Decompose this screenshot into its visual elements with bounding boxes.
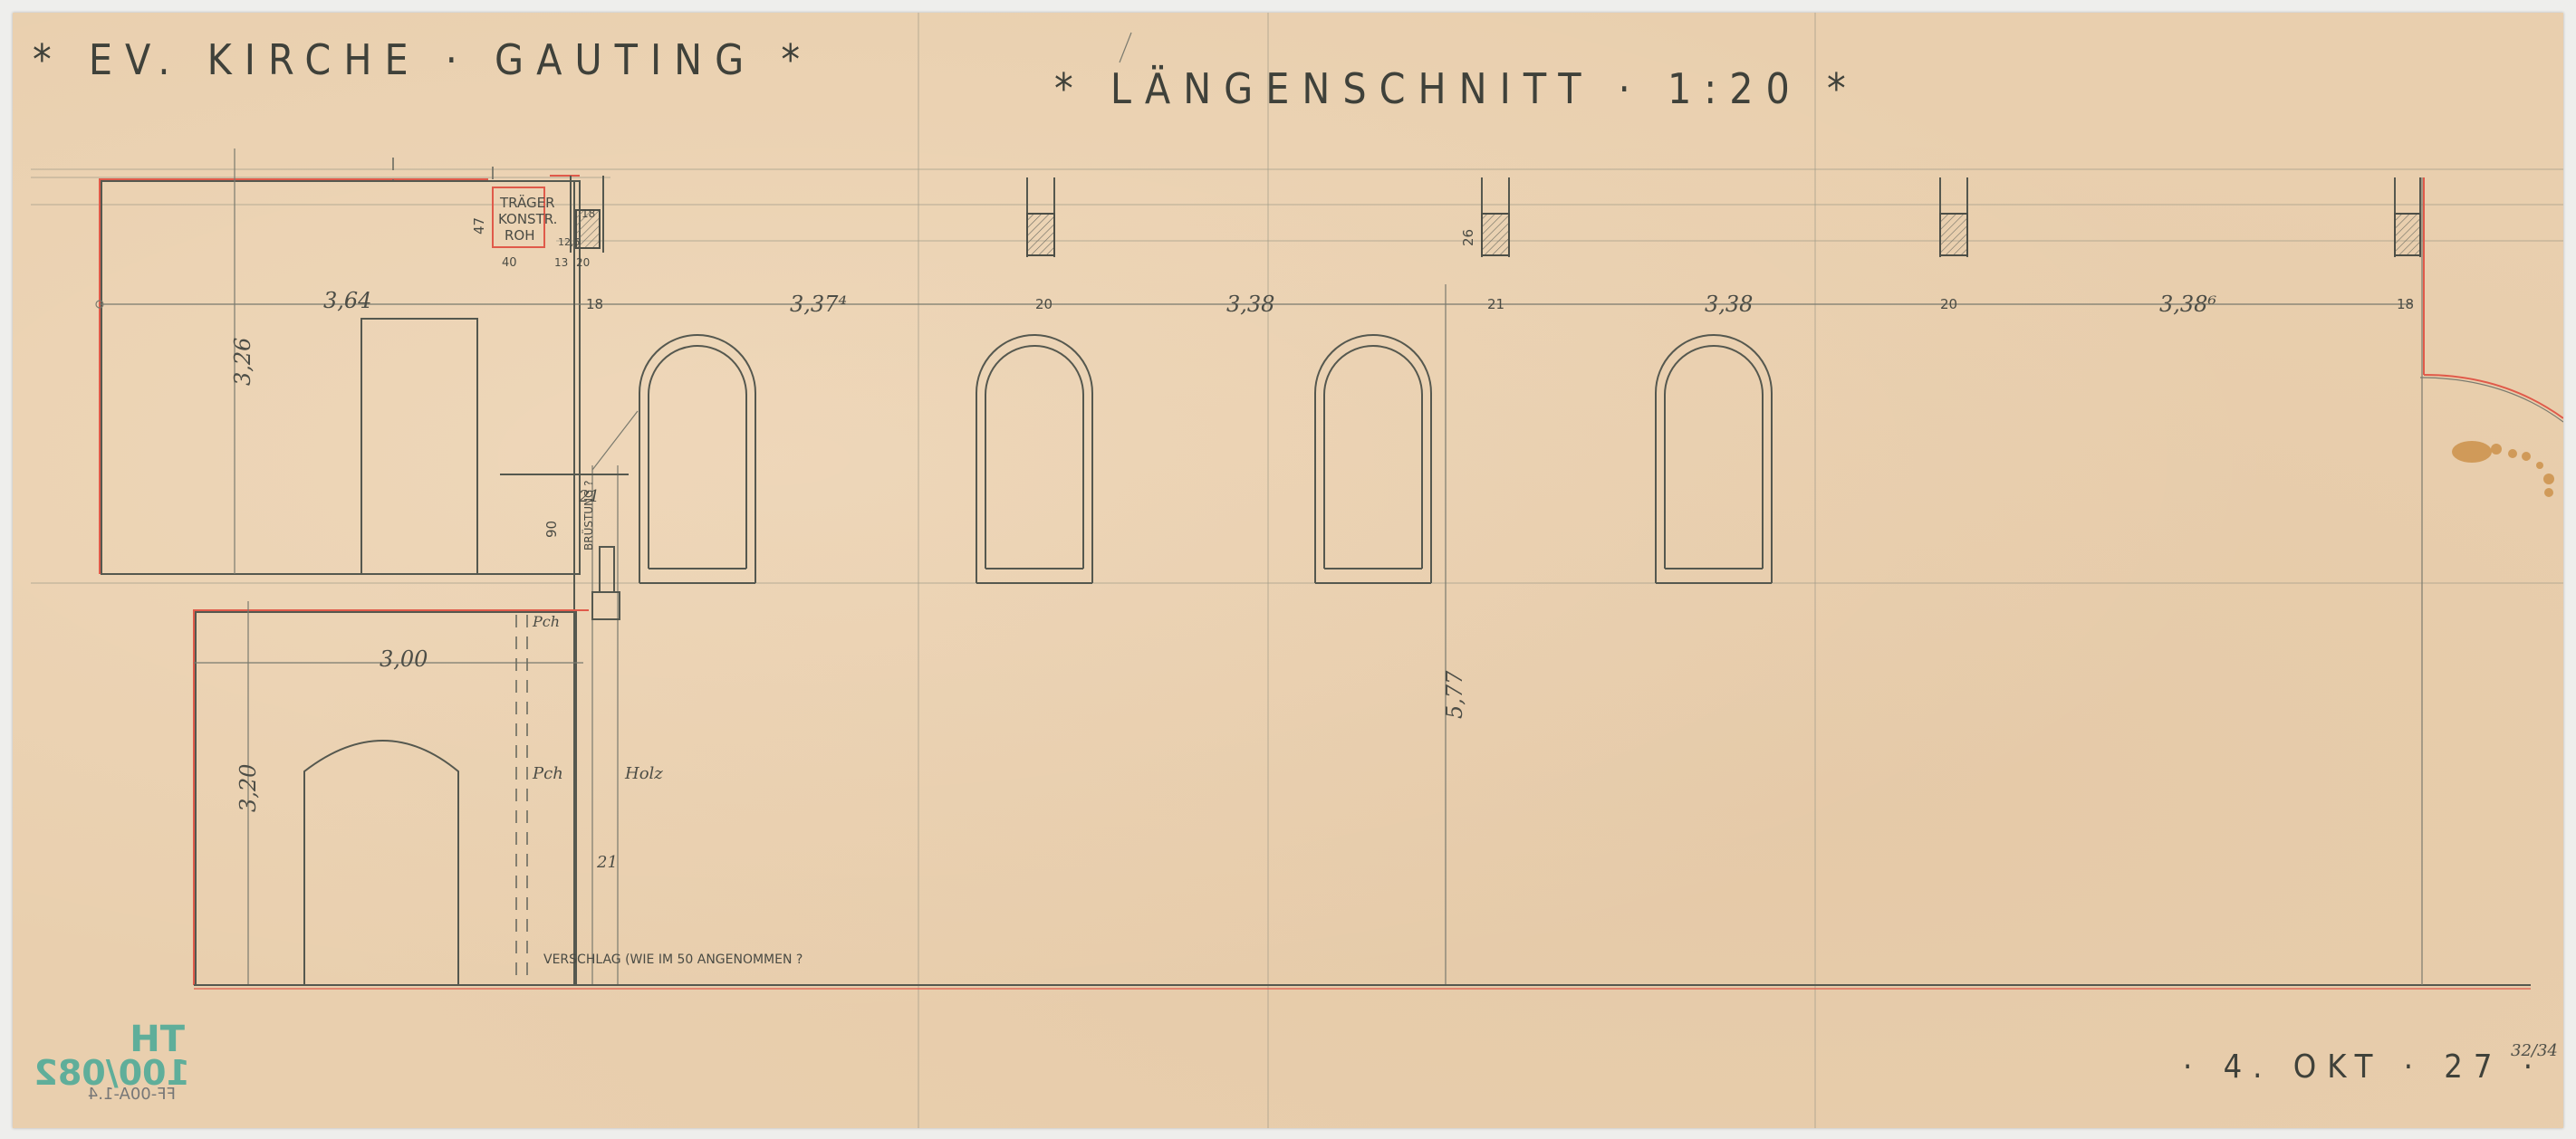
svg-text:3,20: 3,20 <box>235 764 261 812</box>
svg-text:21: 21 <box>596 853 618 872</box>
stain <box>2452 441 2554 497</box>
svg-text:20: 20 <box>576 256 590 269</box>
fold-lines <box>918 13 1815 1128</box>
svg-text:Holz: Holz <box>624 764 663 783</box>
beam-4 <box>2395 177 2420 257</box>
svg-text:3,64: 3,64 <box>323 288 371 313</box>
svg-text:12,5: 12,5 <box>558 236 581 248</box>
svg-text:18: 18 <box>2397 296 2414 312</box>
drawing-date: · 4. OKT · 27 · <box>2183 1048 2543 1086</box>
traeger-detail: TRÄGER KONSTR. ROH 18 47 40 13 20 12,5 <box>471 176 603 270</box>
svg-text:3,00: 3,00 <box>380 646 428 672</box>
window-4 <box>1656 335 1772 583</box>
drawing-title: * EV. KIRCHE · GAUTING * <box>33 35 812 84</box>
guide-lines <box>31 169 2563 583</box>
section-title: * LÄNGENSCHNITT · 1:20 * <box>1054 64 1859 113</box>
svg-text:18: 18 <box>586 296 603 312</box>
right-end-wall <box>2420 177 2563 985</box>
svg-text:TRÄGER: TRÄGER <box>499 194 555 211</box>
svg-text:26: 26 <box>1460 229 1476 246</box>
svg-text:KONSTR.: KONSTR. <box>498 211 557 227</box>
svg-text:3,37⁴: 3,37⁴ <box>790 292 847 317</box>
svg-text:3,38⁶: 3,38⁶ <box>2159 292 2216 317</box>
svg-text:FF-00A-1.4: FF-00A-1.4 <box>88 1085 176 1104</box>
svg-text:ROH: ROH <box>505 227 535 244</box>
window-2 <box>976 335 1092 583</box>
svg-text:20: 20 <box>1035 296 1053 312</box>
accent-mark <box>1120 33 1131 62</box>
svg-text:5,77: 5,77 <box>1442 670 1467 719</box>
svg-text:13: 13 <box>554 256 568 269</box>
archive-ref: FF-00A-1.4 <box>88 1085 176 1104</box>
svg-text:90: 90 <box>543 521 560 538</box>
window-3 <box>1315 335 1431 583</box>
dimension-chain: 3,64 18 3,37⁴ 20 3,38 21 3,38 20 3,38⁶ 1… <box>96 288 2414 317</box>
drawing-sheet: * EV. KIRCHE · GAUTING * * LÄNGENSCHNITT… <box>13 13 2563 1128</box>
window-niches <box>639 335 1772 583</box>
svg-text:3,26: 3,26 <box>230 338 255 386</box>
lower-room: 3,00 3,20 Pch Pch Holz VERSCHLAG (WIE IM… <box>194 601 803 985</box>
beam-sections: 26 <box>1027 177 2420 257</box>
svg-text:BRÜSTUNG ?: BRÜSTUNG ? <box>581 480 595 550</box>
window-1 <box>639 335 755 583</box>
svg-text:47: 47 <box>471 217 487 234</box>
longitudinal-section-drawing: * EV. KIRCHE · GAUTING * * LÄNGENSCHNITT… <box>13 13 2563 1128</box>
svg-text:40: 40 <box>502 256 517 270</box>
svg-text:Pch: Pch <box>532 764 563 783</box>
svg-text:Pch: Pch <box>532 613 560 630</box>
beam-3 <box>1940 177 1967 257</box>
svg-text:21: 21 <box>1487 296 1504 312</box>
svg-text:VERSCHLAG (WIE IM 50 ANGENOMME: VERSCHLAG (WIE IM 50 ANGENOMMEN ? <box>543 952 803 967</box>
archive-stamp: TH 100/082 <box>34 1019 190 1093</box>
svg-text:20: 20 <box>1940 296 1957 312</box>
sheet-number: 32/34 <box>2511 1041 2558 1060</box>
beam-1 <box>1027 177 1054 257</box>
beam-2: 26 <box>1460 177 1509 257</box>
svg-text:3,38: 3,38 <box>1705 292 1753 317</box>
door-arch <box>304 741 458 985</box>
svg-text:18: 18 <box>582 207 595 220</box>
svg-text:3,38: 3,38 <box>1226 292 1274 317</box>
